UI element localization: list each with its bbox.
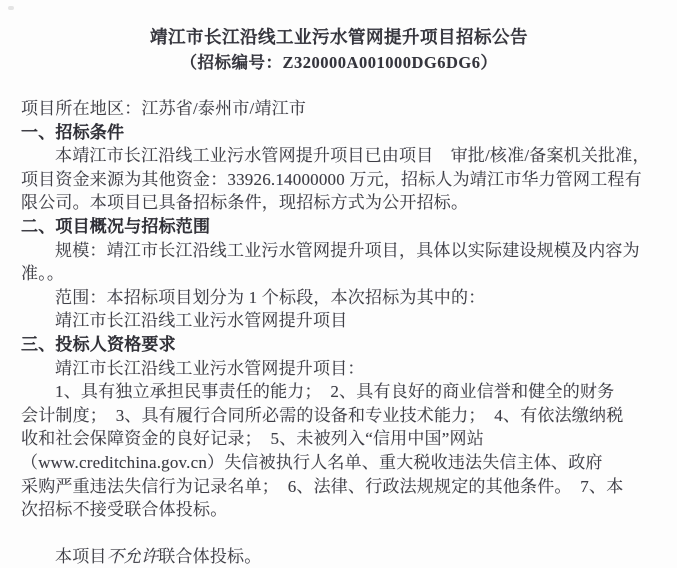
paragraph-line: 1、具有独立承担民事责任的能力； 2、具有良好的商业信誉和健全的财务	[21, 380, 657, 404]
paragraph-line: 靖江市长江沿线工业污水管网提升项目：	[21, 357, 657, 381]
final-line-suffix: 联合体投标。	[158, 547, 261, 566]
paragraph-line: 范围：本招标项目划分为 1 个标段，本次招标为其中的：	[21, 286, 657, 310]
paragraph-line: 项目资金来源为其他资金：33926.14000000 万元，招标人为靖江市华力管…	[21, 168, 657, 192]
paragraph-line: 次招标不接受联合体投标。	[21, 498, 657, 522]
paragraph-line: 限公司。本项目已具备招标条件，现招标方式为公开招标。	[21, 191, 657, 215]
tender-number-line: （招标编号：Z320000A001000DG6DG6）	[21, 50, 657, 76]
scan-artifact	[8, 6, 14, 10]
paragraph-line: 准。。	[21, 262, 657, 286]
paragraph-line: （www.creditchina.gov.cn）失信被执行人名单、重大税收违法失…	[21, 451, 657, 475]
paragraph-line: 会计制度； 3、具有履行合同所必需的设备和专业技术能力； 4、有依法缴纳税	[21, 404, 657, 428]
scanned-tender-announcement-page: 靖江市长江沿线工业污水管网提升项目招标公告 （招标编号：Z320000A0010…	[0, 0, 677, 568]
final-line-prefix: 本项目	[55, 547, 107, 566]
project-location-line: 项目所在地区：江苏省/泰州市/靖江市	[21, 97, 657, 121]
document-content: 靖江市长江沿线工业污水管网提升项目招标公告 （招标编号：Z320000A0010…	[0, 0, 677, 568]
paragraph-line: 靖江市长江沿线工业污水管网提升项目	[21, 309, 657, 333]
final-line-emphasis-italic: 不允许	[107, 547, 159, 566]
paragraph-line: 规模：靖江市长江沿线工业污水管网提升项目，具体以实际建设规模及内容为	[21, 239, 657, 263]
document-body: 项目所在地区：江苏省/泰州市/靖江市 一、招标条件 本靖江市长江沿线工业污水管网…	[21, 97, 657, 568]
section-heading-bidder-qualifications: 三、投标人资格要求	[21, 333, 657, 357]
section-heading-project-overview: 二、项目概况与招标范围	[21, 215, 657, 239]
paragraph-line: 本靖江市长江沿线工业污水管网提升项目已由项目 审批/核准/备案机关批准，	[21, 144, 657, 168]
no-consortium-note: 本项目不允许联合体投标。	[21, 545, 657, 568]
document-title: 靖江市长江沿线工业污水管网提升项目招标公告	[21, 25, 657, 50]
paragraph-line: 采购严重违法失信行为记录名单； 6、法律、行政法规规定的其他条件。 7、本	[21, 475, 657, 499]
section-heading-tender-conditions: 一、招标条件	[21, 121, 657, 145]
paragraph-line: 收和社会保障资金的良好记录； 5、未被列入“信用中国”网站	[21, 427, 657, 451]
